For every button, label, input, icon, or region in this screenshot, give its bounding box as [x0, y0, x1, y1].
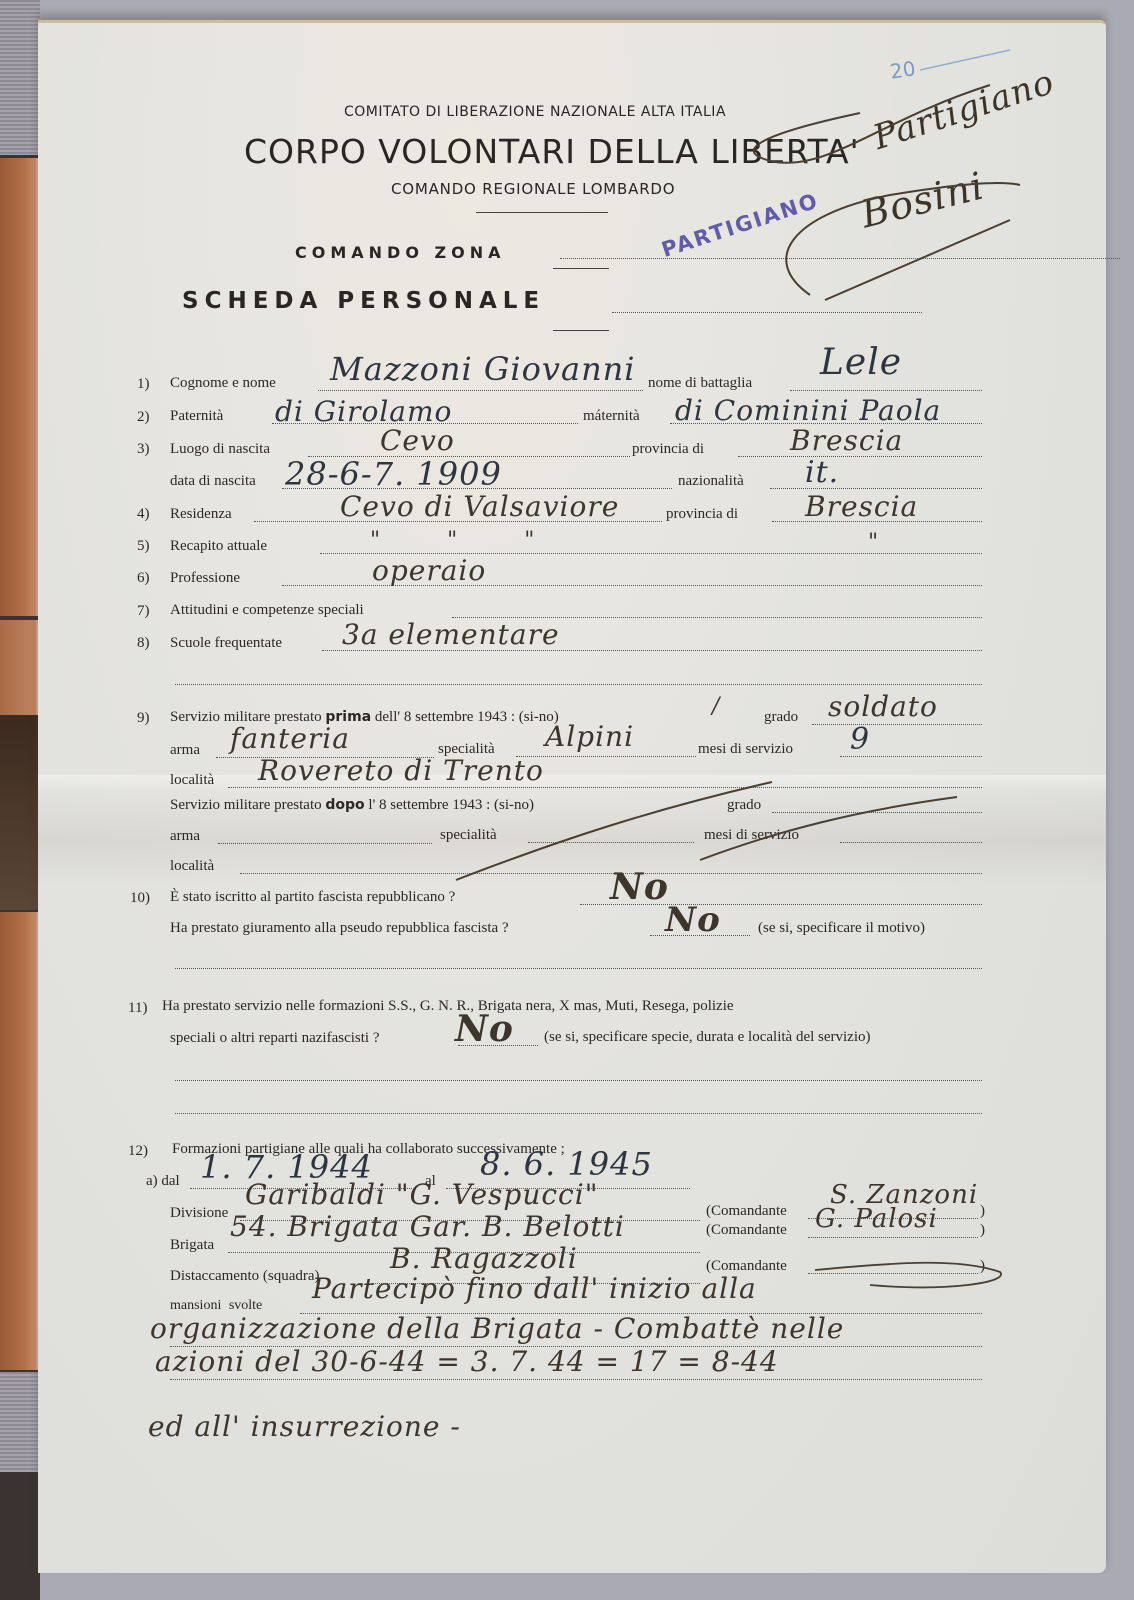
field-number: 8): [137, 635, 150, 652]
corps-heading: CORPO VOLONTARI DELLA LIBERTA': [244, 132, 860, 171]
pencil-mark: 20: [888, 56, 917, 83]
after-location-label: località: [170, 858, 214, 875]
field-number: 2): [137, 409, 150, 426]
arm-label: arma: [170, 742, 200, 759]
after-rank-field[interactable]: [772, 812, 982, 813]
current-address-label: Recapito attuale: [170, 538, 267, 555]
committee-heading: COMITATO DI LIBERAZIONE NAZIONALE ALTA I…: [344, 104, 726, 120]
residence-province-label: provincia di: [666, 506, 738, 523]
schools-label: Scuole frequentate: [170, 635, 282, 652]
schools-field-extra[interactable]: [175, 684, 982, 685]
brigade-commander-label: (Comandante: [706, 1222, 787, 1239]
detachment-value: B. Ragazzoli: [390, 1242, 578, 1275]
military-after-text: Servizio militare prestato: [170, 797, 322, 813]
residence-label: Residenza: [170, 506, 232, 523]
binder-edge: [0, 0, 40, 1600]
binder-tab: [0, 158, 38, 616]
current-address-value: " " ": [370, 528, 564, 553]
from-label: a) dal: [146, 1173, 180, 1190]
current-address-value-2: ": [868, 530, 879, 555]
profession-value: operaio: [372, 554, 486, 587]
surname-name-label: Cognome e nome: [170, 375, 276, 392]
nazifascist-detail-field-1[interactable]: [175, 1080, 982, 1081]
binder-ribbon: [0, 0, 40, 155]
after-specialty-field[interactable]: [528, 842, 694, 843]
after-specialty-label: specialità: [440, 827, 497, 844]
zone-command-field[interactable]: [560, 258, 1120, 259]
zone-underline: [553, 268, 609, 269]
field-number: 7): [137, 603, 150, 620]
field-number: 1): [137, 376, 150, 393]
nationality-value: it.: [805, 455, 839, 490]
duties-line-2: organizzazione della Brigata - Combattè …: [150, 1312, 844, 1345]
binder-tab: [0, 620, 38, 715]
paternity-label: Paternità: [170, 408, 223, 425]
field-number: 6): [137, 570, 150, 587]
zone-command-label: COMANDO ZONA: [295, 243, 505, 262]
arm-value: fanteria: [230, 722, 350, 755]
special-skills-label: Attitudini e competenze speciali: [170, 602, 364, 619]
detachment-label: Distaccamento (squadra): [170, 1268, 320, 1285]
field-number: 12): [128, 1143, 148, 1160]
binder-ribbon: [0, 1372, 40, 1472]
rank-value: soldato: [828, 690, 938, 723]
form-title-field: [612, 312, 922, 313]
fascist-party-question: È stato iscritto al partito fascista rep…: [170, 889, 455, 906]
nazifascist-question-line2: speciali o altri reparti nazifascisti ?: [170, 1030, 380, 1047]
division-value: Garibaldi "G. Vespucci": [245, 1178, 599, 1211]
brigade-commander-value: G. Palosi: [815, 1204, 938, 1234]
surname-name-value: Mazzoni Giovanni: [330, 350, 636, 388]
service-months-value: 9: [850, 722, 870, 757]
brigade-commander-close: ): [980, 1222, 985, 1239]
detachment-commander-close: ): [980, 1258, 985, 1275]
surname-name-field[interactable]: [318, 390, 643, 391]
location-field[interactable]: [228, 787, 982, 788]
military-after-date: l' 8 settembre 1943 : (si-no): [368, 797, 534, 813]
birthplace-label: Luogo di nascita: [170, 441, 270, 458]
nazifascist-answer: No: [455, 1008, 514, 1050]
binder-tab: [0, 912, 38, 1370]
service-months-label: mesi di servizio: [698, 741, 793, 758]
brigade-label: Brigata: [170, 1237, 214, 1254]
duties-line-1: Partecipò fino dall' inizio alla: [312, 1272, 757, 1305]
nationality-field[interactable]: [770, 488, 982, 489]
field-number: 11): [128, 1000, 147, 1017]
after-arm-field[interactable]: [218, 843, 432, 844]
nazifascist-note: (se si, specificare specie, durata e loc…: [544, 1029, 871, 1046]
fascist-party-answer: No: [610, 866, 669, 908]
division-commander-close: ): [980, 1203, 985, 1220]
brigade-value: 54. Brigata Gar. B. Belotti: [230, 1210, 625, 1243]
military-before-label: Servizio militare prestato prima dell' 8…: [170, 709, 559, 726]
maternity-value: di Cominini Paola: [675, 394, 941, 427]
duties-line-4: ed all' insurrezione -: [148, 1410, 461, 1443]
field-number: 9): [137, 710, 150, 727]
nazifascist-detail-field-2[interactable]: [175, 1113, 982, 1114]
birth-province-value: Brescia: [790, 424, 903, 457]
birthdate-value: 28-6-7. 1909: [285, 455, 502, 493]
field-number: 5): [137, 538, 150, 555]
nazifascist-question-line1: Ha prestato servizio nelle formazioni S.…: [162, 998, 734, 1015]
military-after-label: Servizio militare prestato dopo l' 8 set…: [170, 797, 534, 814]
after-rank-label: grado: [727, 797, 761, 814]
detachment-commander-field[interactable]: [808, 1273, 978, 1274]
duties-line-3: azioni del 30-6-44 = 3. 7. 44 = 17 = 8-4…: [155, 1345, 779, 1378]
battle-name-field[interactable]: [790, 390, 982, 391]
title-underline: [553, 330, 609, 331]
birth-province-label: provincia di: [632, 441, 704, 458]
regional-command-heading: COMANDO REGIONALE LOMBARDO: [391, 180, 675, 198]
duties-field-3[interactable]: [170, 1379, 982, 1380]
field-number: 4): [137, 506, 150, 523]
rank-field[interactable]: [812, 724, 982, 725]
oath-question: Ha prestato giuramento alla pseudo repub…: [170, 920, 509, 937]
rank-label: grado: [764, 709, 798, 726]
profession-label: Professione: [170, 570, 240, 587]
division-commander-label: (Comandante: [706, 1203, 787, 1220]
field-number: 3): [137, 441, 150, 458]
battle-name-label: nome di battaglia: [648, 375, 752, 392]
after-months-field[interactable]: [840, 842, 982, 843]
birthdate-label: data di nascita: [170, 473, 256, 490]
residence-province-value: Brescia: [805, 490, 918, 523]
location-value: Rovereto di Trento: [258, 754, 544, 787]
residence-value: Cevo di Valsaviore: [340, 490, 619, 523]
after-arm-label: arma: [170, 828, 200, 845]
oath-reason-field[interactable]: [175, 968, 982, 969]
battle-name-value: Lele: [820, 342, 902, 383]
military-before-value: /: [712, 694, 720, 719]
military-after-bold: dopo: [325, 797, 364, 813]
binder-band: [0, 715, 38, 910]
form-title: SCHEDA PERSONALE: [182, 288, 545, 314]
after-months-label: mesi di servizio: [704, 827, 799, 844]
brigade-commander-field[interactable]: [808, 1237, 978, 1238]
specialty-value: Alpini: [545, 720, 634, 753]
nationality-label: nazionalità: [678, 473, 744, 490]
birthplace-value: Cevo: [380, 424, 455, 457]
field-number: 10): [130, 890, 150, 907]
maternity-label: máternità: [583, 408, 640, 425]
schools-value: 3a elementare: [342, 618, 560, 651]
military-before-date: dell' 8 settembre 1943 : (si-no): [375, 709, 559, 725]
header-divider: [476, 212, 608, 213]
oath-answer: No: [665, 900, 721, 940]
oath-note: (se si, specificare il motivo): [758, 920, 925, 937]
location-label: località: [170, 772, 214, 789]
division-label: Divisione: [170, 1205, 228, 1222]
